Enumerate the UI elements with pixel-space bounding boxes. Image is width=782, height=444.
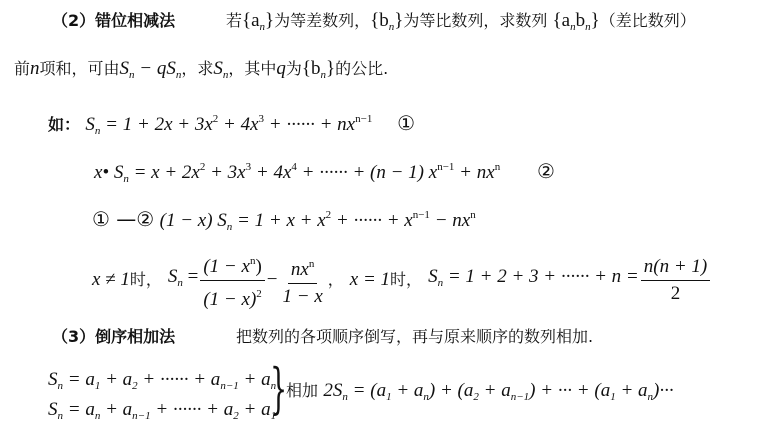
fraction-3: n(n + 1) 2 [641, 256, 710, 305]
equation-3: ① —② (1 − x) Sn = 1 + x + x2 + ······ + … [92, 204, 476, 238]
example-label: 如： [48, 115, 80, 134]
section-3-description: 把数列的各项顺序倒写，再与原来顺序的数列相加. [236, 327, 593, 346]
intro-line-2: 前n项和，可由Sn − qSn，求Sn，其中q为{bn}的公比. [14, 58, 388, 86]
equation-1: 如： Sn = 1 + 2x + 3x2 + 4x3 + ······ + nx… [48, 108, 415, 142]
right-brace-icon: } [270, 362, 287, 416]
intro-line-1: （2）错位相减法 若{an}为等差数列，{bn}为等比数列，求数列 {anbn}… [52, 10, 696, 38]
subtraction-markers: ① —② [92, 207, 154, 231]
reverse-sum-system: Sn = a1 + a2 + ······ + an−1 + an Sn = a… [48, 368, 276, 428]
marker-2: ② [537, 159, 555, 183]
marker-1: ① [397, 111, 415, 135]
system-row-1: Sn = a1 + a2 + ······ + an−1 + an [48, 368, 276, 398]
equation-2: x• Sn = x + 2x2 + 3x3 + 4x4 + ······ + (… [94, 156, 555, 190]
section-3-heading: （3）倒序相加法 [52, 327, 175, 346]
section-3-line: （3）倒序相加法 把数列的各项顺序倒写，再与原来顺序的数列相加. [52, 326, 593, 348]
fraction-2: nxn 1 − x [280, 253, 326, 308]
section-2-heading: （2）错位相减法 [52, 11, 175, 30]
fraction-1: (1 − xn) (1 − x)2 [200, 250, 264, 311]
equation-4: x ≠ 1时， Sn = (1 − xn) (1 − x)2 − nxn 1 −… [92, 252, 712, 308]
sum-line: 相加 2Sn = (a1 + an) + (a2 + an−1) + ··· +… [286, 380, 674, 408]
system-row-2: Sn = an + an−1 + ······ + a2 + a1 [48, 398, 276, 428]
